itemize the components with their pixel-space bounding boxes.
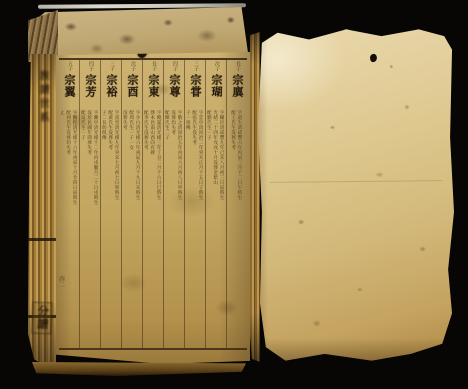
biography-line: 字曉嵐清光緒三年丁丑二月十六日巳時生: [157, 110, 162, 348]
biography-text: 字輔臣清咸豐九年己未八月初三日辰時生光緒二十四年戊戌十月没葬金紫山配劉氏生一子: [207, 108, 225, 348]
biography-line: 配王氏生没葬失考: [231, 110, 236, 348]
ancestor-name: 宗瑚: [210, 74, 222, 108]
genealogy-column-宗酉: 次子宗酉字少白清光緒六年庚辰九月十九日亥時生配周氏生一子一女没葬失考: [121, 60, 142, 348]
biography-text: 字道生清咸豐六年丙辰三月十二日午時生配王氏生没葬失考: [231, 108, 243, 348]
biography-line: 字少白清光緒六年庚辰九月十九日亥時生: [136, 110, 141, 348]
biography-line: 没於民國年間葬失考: [87, 110, 92, 348]
left-book: 族譜世系 分譜 長子宗廙字道生清咸豐六年丙辰三月十二日午時生配王氏生没葬失考次子…: [28, 4, 250, 378]
ancestor-name: 宗東: [147, 74, 159, 108]
biography-line: 配李氏生没葬失考: [144, 110, 149, 348]
ancestor-name: 宗尊: [168, 74, 180, 108]
right-page-bottom-shadow: [258, 338, 454, 364]
fore-edge-stamp: 分譜: [31, 302, 52, 335]
birth-order-label: 四子: [171, 61, 177, 74]
left-page: 長子宗廙字道生清咸豐六年丙辰三月十二日午時生配王氏生没葬失考次子宗瑚字輔臣清咸豐…: [56, 52, 250, 364]
biography-line: 止: [60, 110, 65, 348]
right-page: [258, 26, 454, 364]
genealogy-column-宗翼: 五子宗翼字鵬程清光緒十六年庚寅十月廿四日寅時生配何氏生没葬均失考止: [59, 60, 79, 348]
biography-text: 字敬之清同治五年丙寅六月初八日申時生没葬均失考配陳氏生二子: [165, 108, 183, 348]
biography-text: 字雲亭清同治二年癸亥正月十五日子時生配張氏生没失考子一接傳: [186, 108, 204, 348]
birth-order-label: 長子: [150, 61, 156, 74]
biography-text: 字鵬程清光緒十六年庚寅十月廿四日寅時生配何氏生没葬均失考止: [60, 108, 78, 348]
biography-line: 字輔臣清咸豐九年己未八月初三日辰時生: [220, 110, 225, 348]
biography-line: 没葬均失考: [171, 110, 176, 348]
left-book-head-edge: [32, 7, 248, 59]
gutter-fore-edge: [250, 32, 260, 362]
genealogy-column-宗東: 長子宗東字曉嵐清光緒三年丁丑二月十六日巳時生葬本邑南山酉向有碑配李氏生没葬失考: [142, 60, 163, 348]
biography-line: 配何氏生没葬均失考: [66, 110, 71, 348]
biography-line: 配陳氏生二子: [165, 110, 170, 348]
biography-text: 字少白清光緒六年庚辰九月十九日亥時生配周氏生一子一女没葬失考: [123, 108, 141, 348]
genealogy-column-宗甞: 三子宗甞字雲亭清同治二年癸亥正月十五日子時生配張氏生没失考子一接傳: [184, 60, 205, 348]
biography-line: 子二長幼俱傳: [102, 110, 107, 348]
biography-line: 字道生清咸豐六年丙辰三月十二日午時生: [238, 110, 243, 348]
birth-order-label: 三子: [192, 61, 198, 74]
birth-order-label: 次子: [213, 61, 219, 74]
genealogy-column-宗廙: 長子宗廙字道生清咸豐六年丙辰三月十二日午時生配王氏生没葬失考: [226, 60, 247, 348]
biography-line: 字富堂清光緒九年癸未七月初七日卯時生: [115, 110, 120, 348]
genealogy-column-宗裕: 三子宗裕字富堂清光緒九年癸未七月初七日卯時生配黃氏生没葬失考子二長幼俱傳: [100, 60, 121, 348]
biography-line: 字敬之清同治五年丙寅六月初八日申時生: [178, 110, 183, 348]
biography-line: 字鵬程清光緒十六年庚寅十月廿四日寅時生: [73, 110, 78, 348]
biography-line: 子一接傳: [186, 110, 191, 348]
biography-line: 配周氏生一子一女: [129, 110, 134, 348]
biography-line: 配張氏生没失考: [192, 110, 197, 348]
ancestor-name: 宗酉: [126, 74, 138, 108]
fore-edge-ink-text: 族譜世系: [35, 70, 50, 260]
right-page-top-highlight: [282, 27, 435, 30]
biography-text: 字曉嵐清光緒三年丁丑二月十六日巳時生葬本邑南山酉向有碑配李氏生没葬失考: [144, 108, 162, 348]
paper-crease: [270, 181, 442, 184]
biography-line: 配黃氏生没葬失考: [108, 110, 113, 348]
biography-line: 葬本邑南山酉向有碑: [150, 110, 155, 348]
birth-order-label: 次子: [129, 61, 135, 74]
genealogy-column-宗瑚: 次子宗瑚字輔臣清咸豐九年己未八月初三日辰時生光緒二十四年戊戌十月没葬金紫山配劉氏…: [205, 60, 226, 348]
biography-line: 没葬失考: [123, 110, 128, 348]
biography-line: 配吳氏生一子: [81, 110, 86, 348]
biography-text: 字蘭亭清光緒十二年丙戌臘月二十日戌時生没於民國年間葬失考配吳氏生一子: [81, 108, 99, 348]
ancestor-name: 宗廙: [231, 74, 243, 108]
page-number: 四二: [57, 276, 65, 287]
biography-line: 字雲亭清同治二年癸亥正月十五日子時生: [199, 110, 204, 348]
ancestor-name: 宗甞: [189, 74, 201, 108]
genealogy-column-宗尊: 四子宗尊字敬之清同治五年丙寅六月初八日申時生没葬均失考配陳氏生二子: [163, 60, 184, 348]
ancestor-name: 宗翼: [63, 74, 75, 108]
left-book-bottom-edge: [32, 362, 246, 376]
biography-line: 字蘭亭清光緒十二年丙戌臘月二十日戌時生: [94, 110, 99, 348]
birth-order-label: 五子: [66, 61, 72, 74]
wormhole-icon: [369, 53, 378, 62]
birth-order-label: 三子: [108, 61, 114, 74]
photo-canvas: 族譜世系 分譜 長子宗廙字道生清咸豐六年丙辰三月十二日午時生配王氏生没葬失考次子…: [0, 0, 468, 389]
left-book-fore-edge: 族譜世系 分譜: [28, 54, 56, 372]
birth-order-label: 四子: [87, 61, 93, 74]
biography-line: 光緒二十四年戊戌十月没葬金紫山: [213, 110, 218, 348]
biography-line: 配劉氏生一子: [207, 110, 212, 348]
genealogy-columns: 長子宗廙字道生清咸豐六年丙辰三月十二日午時生配王氏生没葬失考次子宗瑚字輔臣清咸豐…: [59, 58, 247, 350]
biography-text: 字富堂清光緒九年癸未七月初七日卯時生配黃氏生没葬失考子二長幼俱傳: [102, 108, 120, 348]
birth-order-label: 長子: [234, 61, 240, 74]
ancestor-name: 宗芳: [84, 74, 96, 108]
ancestor-name: 宗裕: [105, 74, 117, 108]
genealogy-column-宗芳: 四子宗芳字蘭亭清光緒十二年丙戌臘月二十日戌時生没於民國年間葬失考配吳氏生一子: [79, 60, 100, 348]
